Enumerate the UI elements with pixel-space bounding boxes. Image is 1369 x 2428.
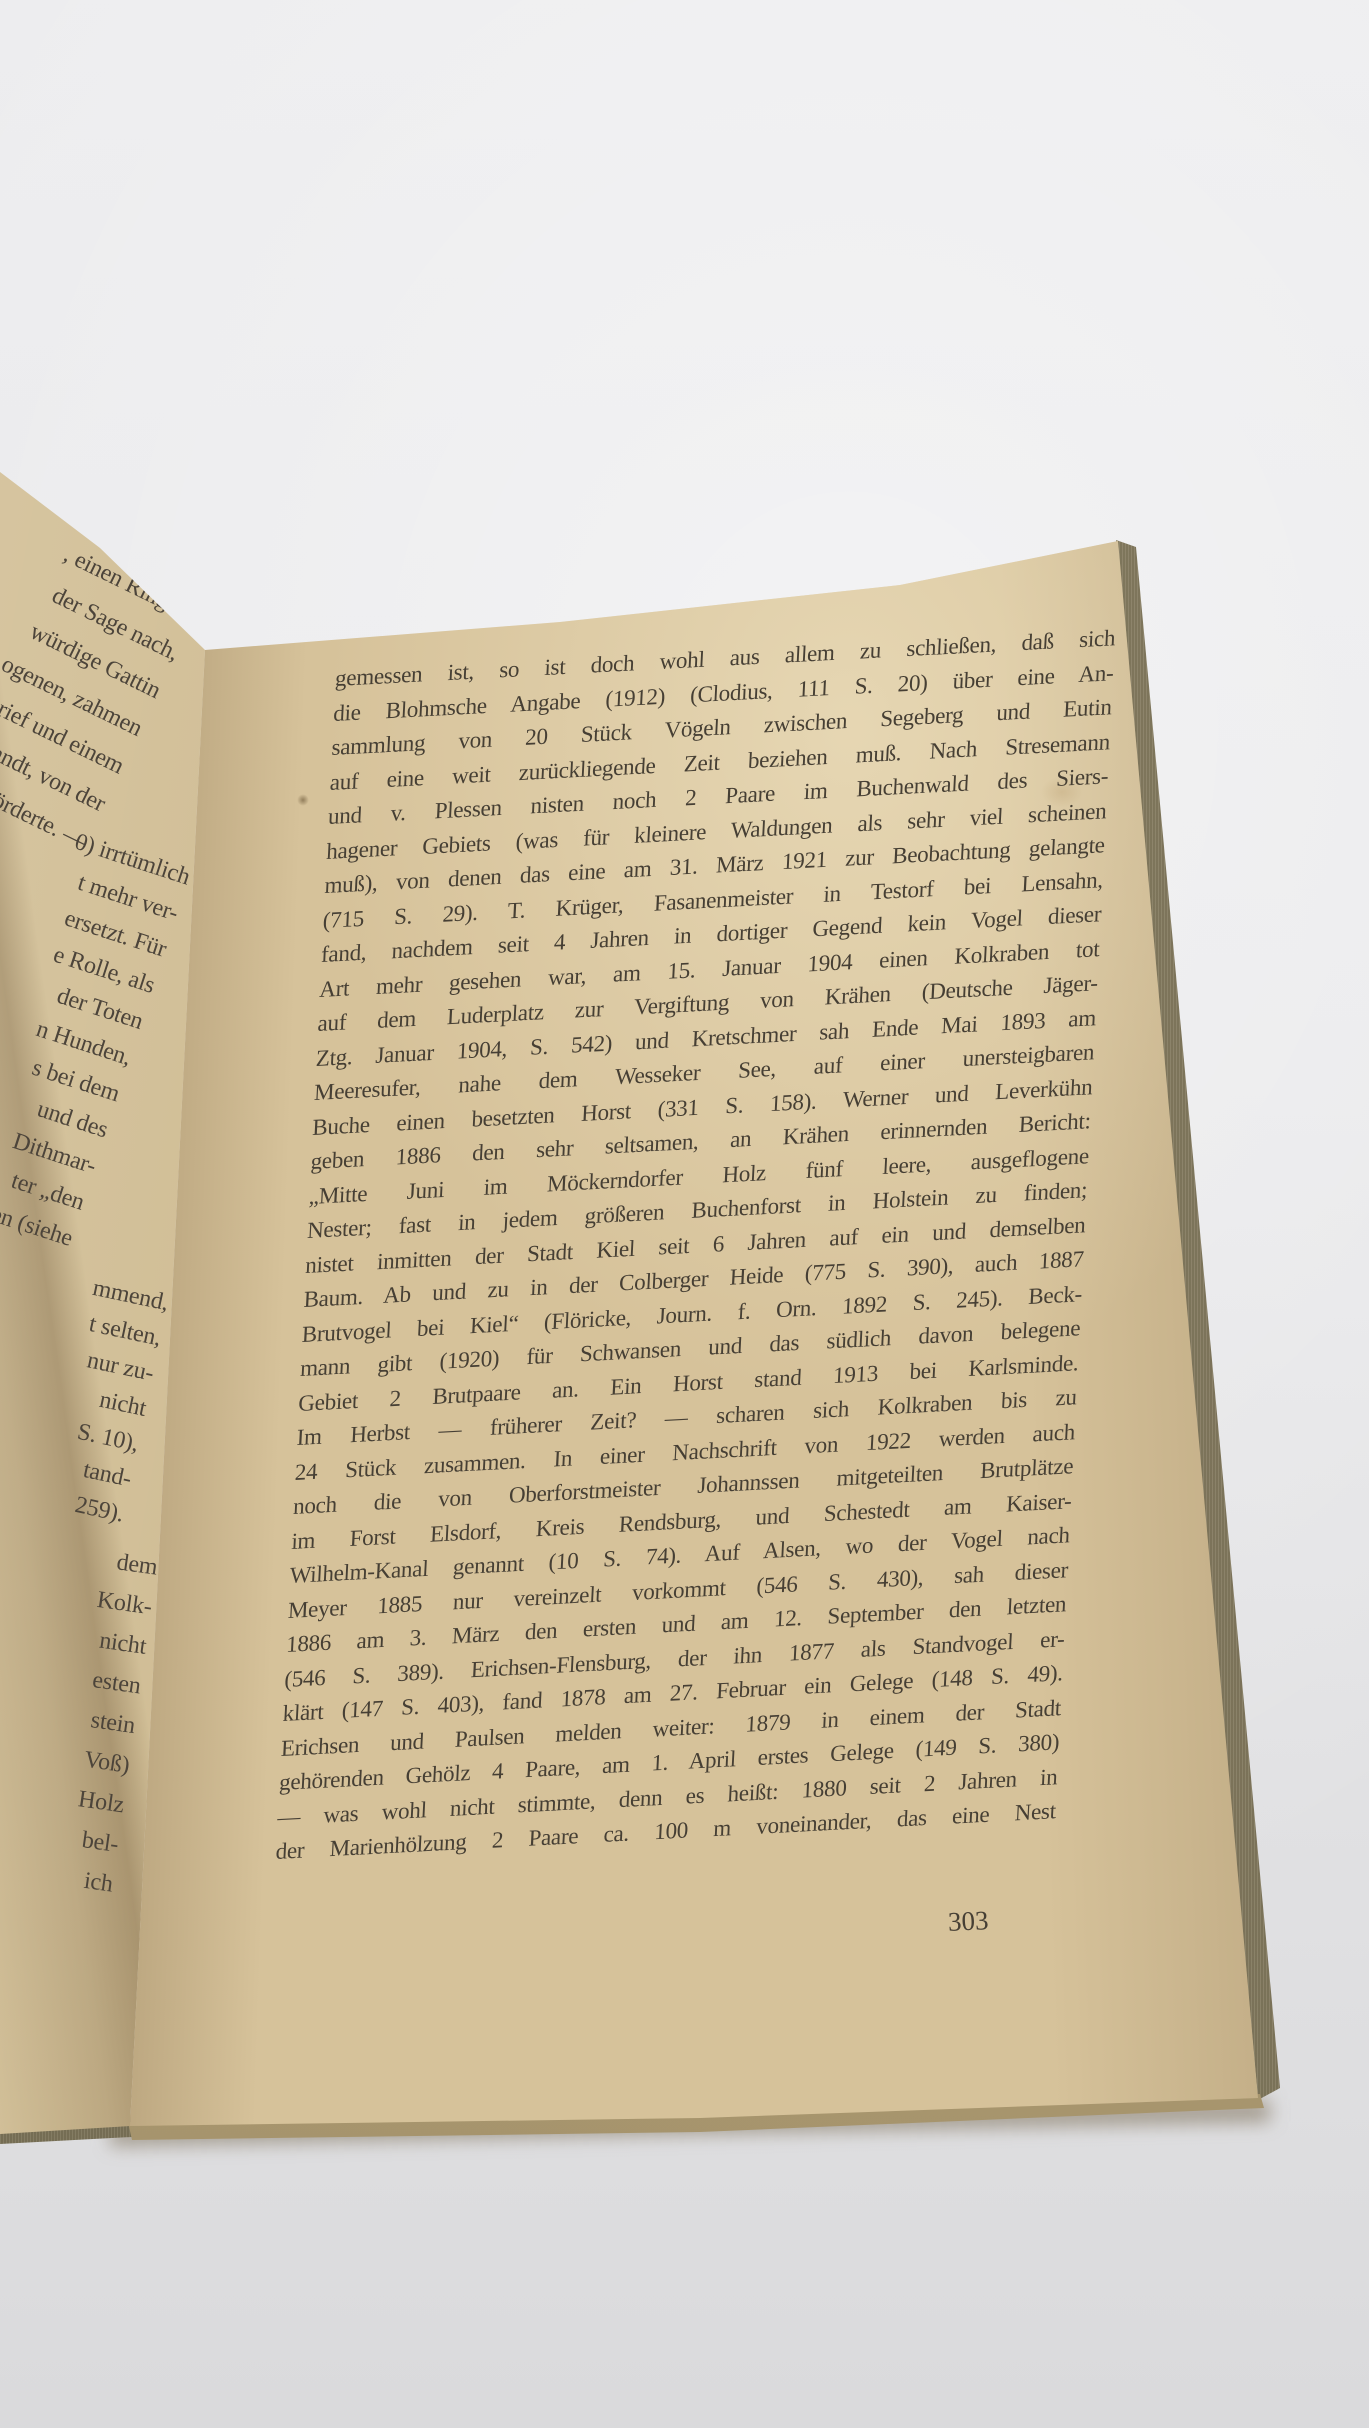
left-page-text-fragment: , einen Ring imder Sage nach,würdige Gat…	[0, 396, 205, 862]
photo-background: , einen Ring imder Sage nach,würdige Gat…	[0, 0, 1369, 2428]
page-number: 303	[947, 1905, 989, 1938]
page-text-block: gemessen ist, so ist doch wohl aus allem…	[275, 621, 1116, 1869]
right-page: gemessen ist, so ist doch wohl aus allem…	[0, 0, 1369, 2428]
left-page-text-fragment: demKolk-nichtestensteinVoß)Holzbel-ich	[0, 1484, 160, 1905]
